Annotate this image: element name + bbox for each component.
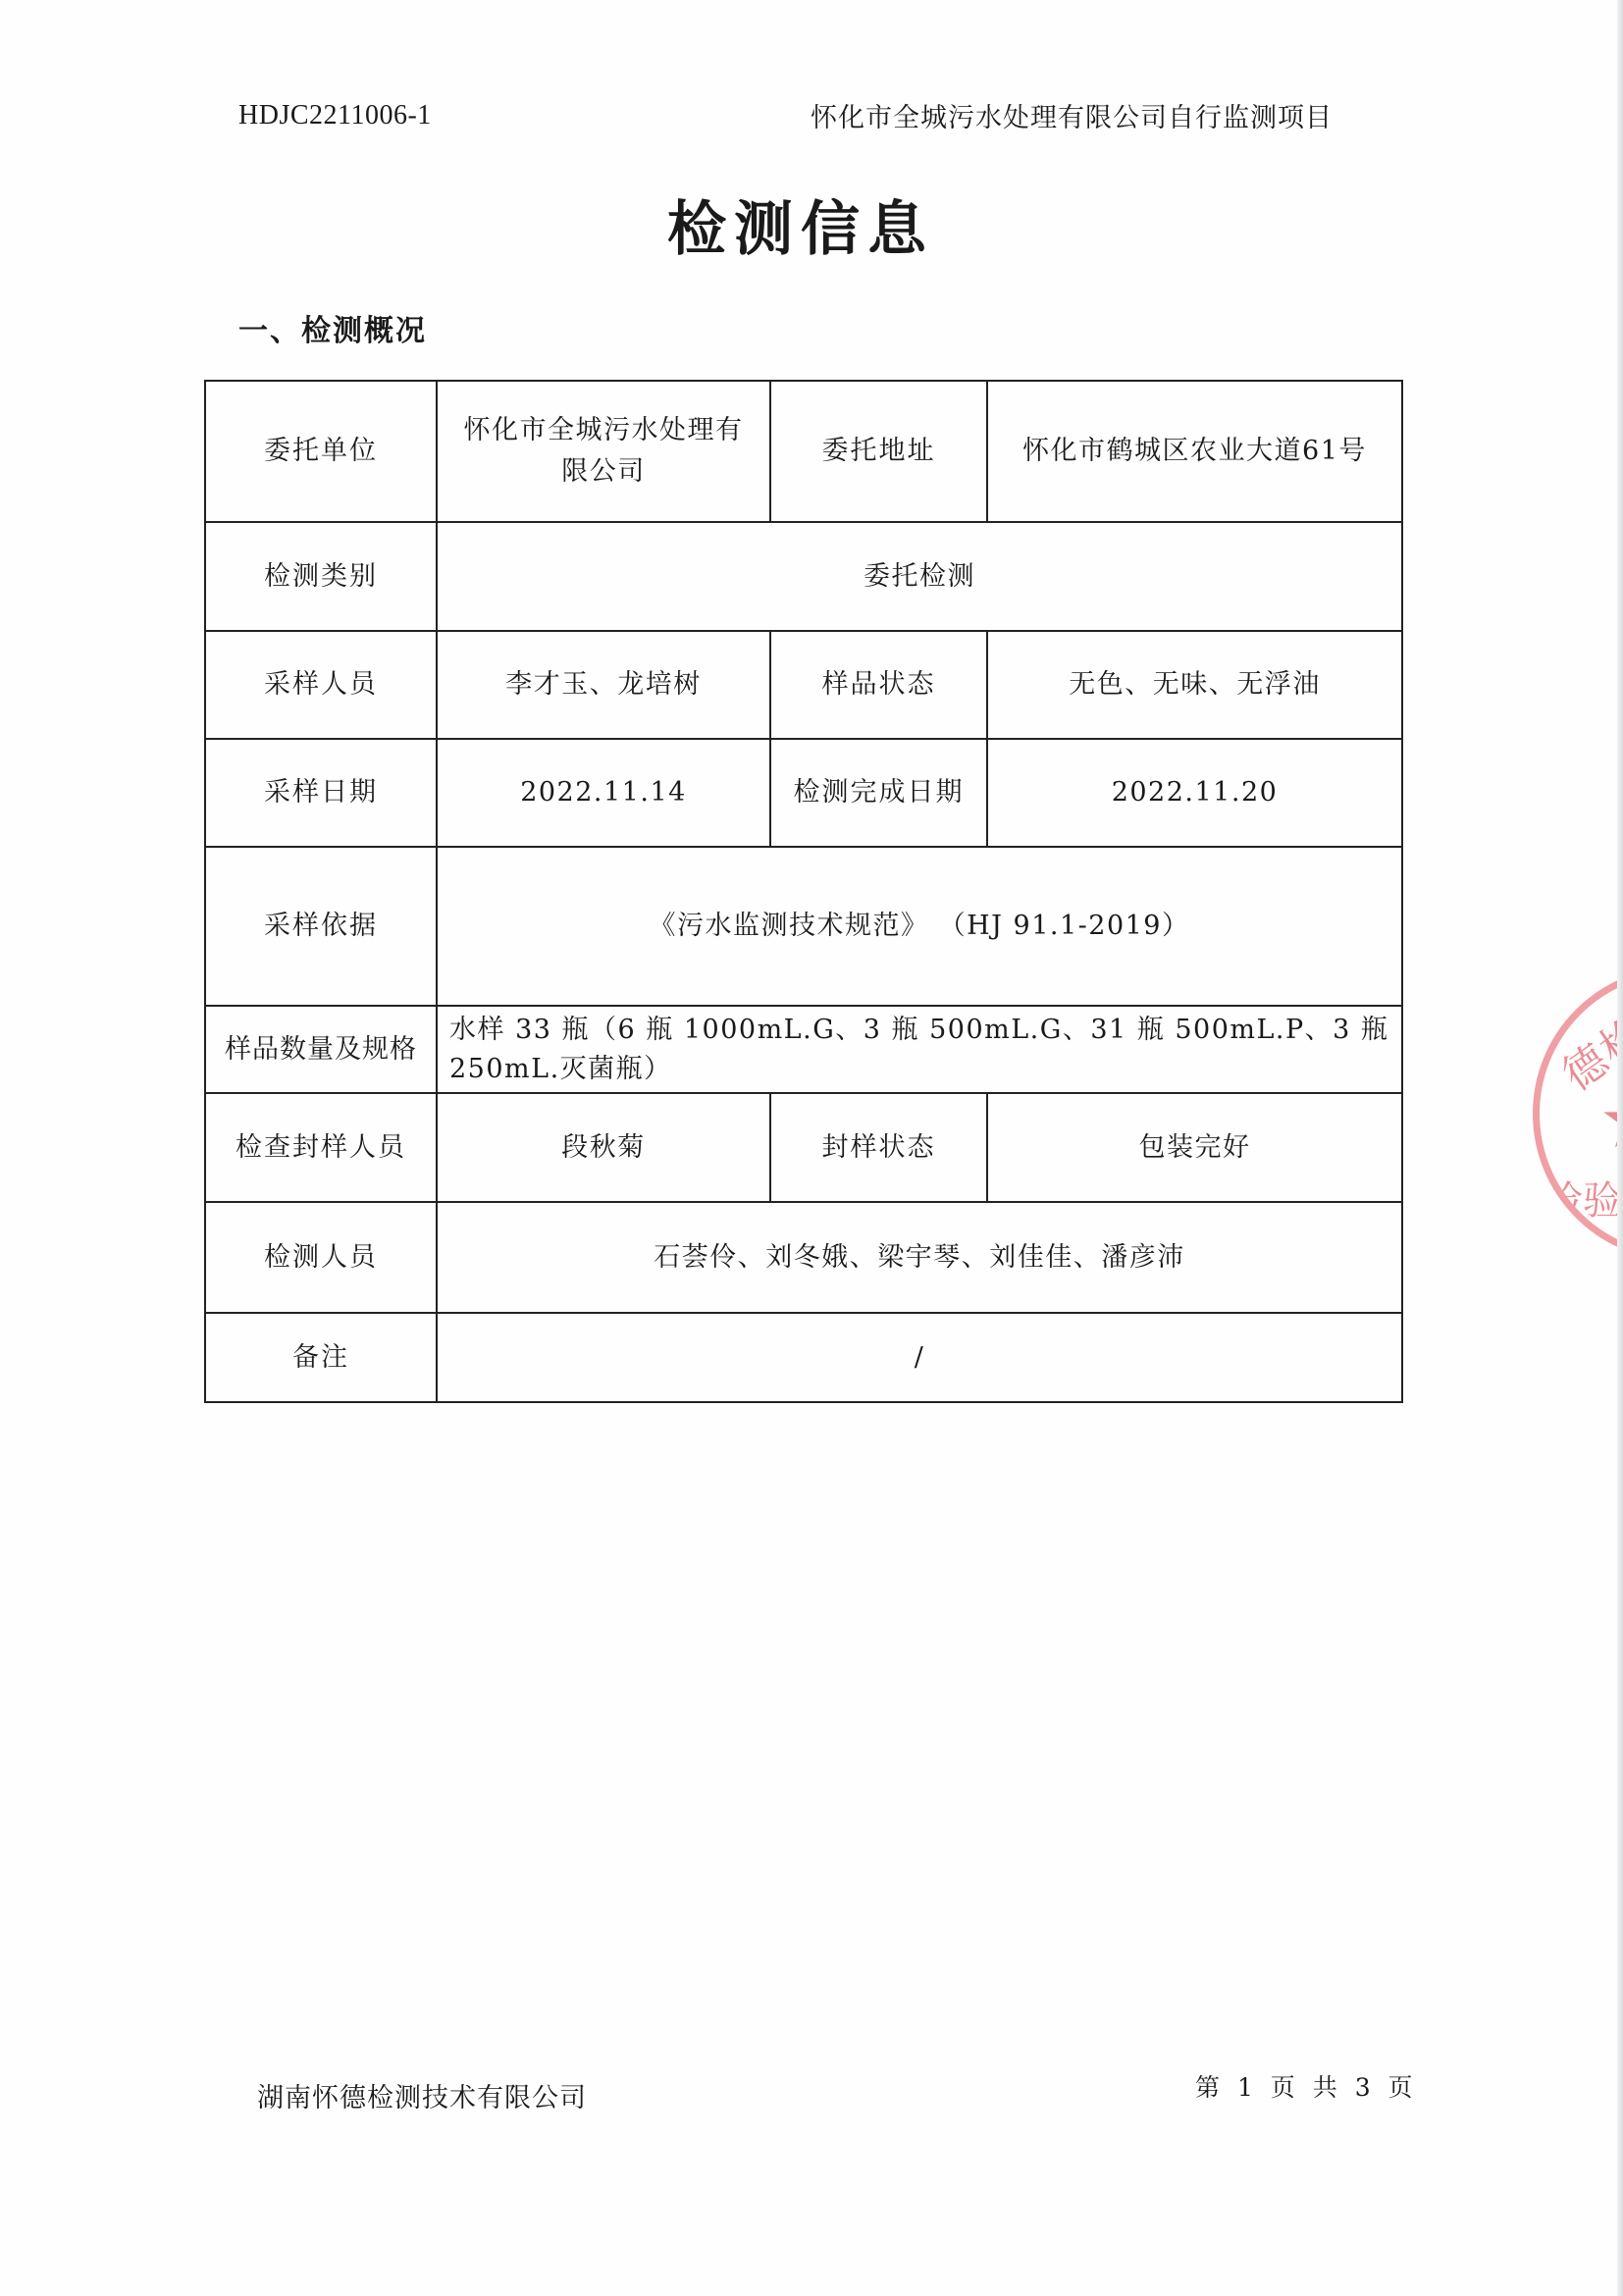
- seal-inspector-label: 检查封样人员: [205, 1093, 437, 1202]
- completion-date-value: 2022.11.20: [987, 739, 1402, 847]
- table-row: 采样日期 2022.11.14 检测完成日期 2022.11.20: [205, 739, 1402, 847]
- seal-inspector-value: 段秋菊: [437, 1093, 770, 1202]
- table-row: 检查封样人员 段秋菊 封样状态 包装完好: [205, 1093, 1402, 1202]
- sampling-date-label: 采样日期: [205, 739, 437, 847]
- client-address-value: 怀化市鹤城区农业大道61号: [987, 381, 1402, 522]
- sample-quantity-label: 样品数量及规格: [205, 1006, 437, 1093]
- inspection-type-label: 检测类别: [205, 522, 437, 631]
- sampling-date-value: 2022.11.14: [437, 739, 770, 847]
- report-number: HDJC2211006-1: [238, 100, 432, 131]
- document-page: HDJC2211006-1 怀化市全城污水处理有限公司自行监测项目 检测信息 一…: [0, 0, 1623, 2296]
- official-seal-stamp: 德检测 ★ 检验检: [1533, 966, 1623, 1261]
- table-row: 委托单位 怀化市全城污水处理有限公司 委托地址 怀化市鹤城区农业大道61号: [205, 381, 1402, 522]
- client-address-label: 委托地址: [770, 381, 987, 522]
- inspection-overview-table: 委托单位 怀化市全城污水处理有限公司 委托地址 怀化市鹤城区农业大道61号 检测…: [204, 380, 1403, 1403]
- completion-date-label: 检测完成日期: [770, 739, 987, 847]
- sampler-value: 李才玉、龙培树: [437, 631, 770, 739]
- section-heading: 一、检测概况: [238, 306, 427, 349]
- stamp-text-bottom: 检验检: [1544, 1170, 1623, 1226]
- page-title: 检测信息: [0, 183, 1623, 267]
- table-row: 采样依据 《污水监测技术规范》 （HJ 91.1-2019）: [205, 847, 1402, 1006]
- sample-quantity-value: 水样 33 瓶（6 瓶 1000mL.G、3 瓶 500mL.G、31 瓶 50…: [437, 1006, 1402, 1093]
- client-value: 怀化市全城污水处理有限公司: [437, 381, 770, 522]
- seal-state-value: 包装完好: [987, 1093, 1402, 1202]
- table-row: 采样人员 李才玉、龙培树 样品状态 无色、无味、无浮油: [205, 631, 1402, 739]
- sample-state-label: 样品状态: [770, 631, 987, 739]
- inspection-type-value: 委托检测: [437, 522, 1402, 631]
- table-row: 样品数量及规格 水样 33 瓶（6 瓶 1000mL.G、3 瓶 500mL.G…: [205, 1006, 1402, 1093]
- table-row: 备注 /: [205, 1313, 1402, 1402]
- table-row: 检测人员 石荟伶、刘冬娥、梁宇琴、刘佳佳、潘彦沛: [205, 1202, 1402, 1313]
- sampling-basis-value: 《污水监测技术规范》 （HJ 91.1-2019）: [437, 847, 1402, 1006]
- sampling-basis-label: 采样依据: [205, 847, 437, 1006]
- client-label: 委托单位: [205, 381, 437, 522]
- project-title: 怀化市全城污水处理有限公司自行监测项目: [811, 96, 1333, 134]
- footer-company: 湖南怀德检测技术有限公司: [257, 2076, 587, 2114]
- page-title-text: 检测信息: [667, 183, 934, 267]
- analysts-label: 检测人员: [205, 1202, 437, 1313]
- sample-state-value: 无色、无味、无浮油: [987, 631, 1402, 739]
- analysts-value: 石荟伶、刘冬娥、梁宇琴、刘佳佳、潘彦沛: [437, 1202, 1402, 1313]
- seal-state-label: 封样状态: [770, 1093, 987, 1202]
- remarks-label: 备注: [205, 1313, 437, 1402]
- scan-edge: [1617, 0, 1623, 2296]
- page-number: 第 1 页 共 3 页: [1195, 2068, 1416, 2104]
- sampler-label: 采样人员: [205, 631, 437, 739]
- remarks-value: /: [437, 1313, 1402, 1402]
- table-row: 检测类别 委托检测: [205, 522, 1402, 631]
